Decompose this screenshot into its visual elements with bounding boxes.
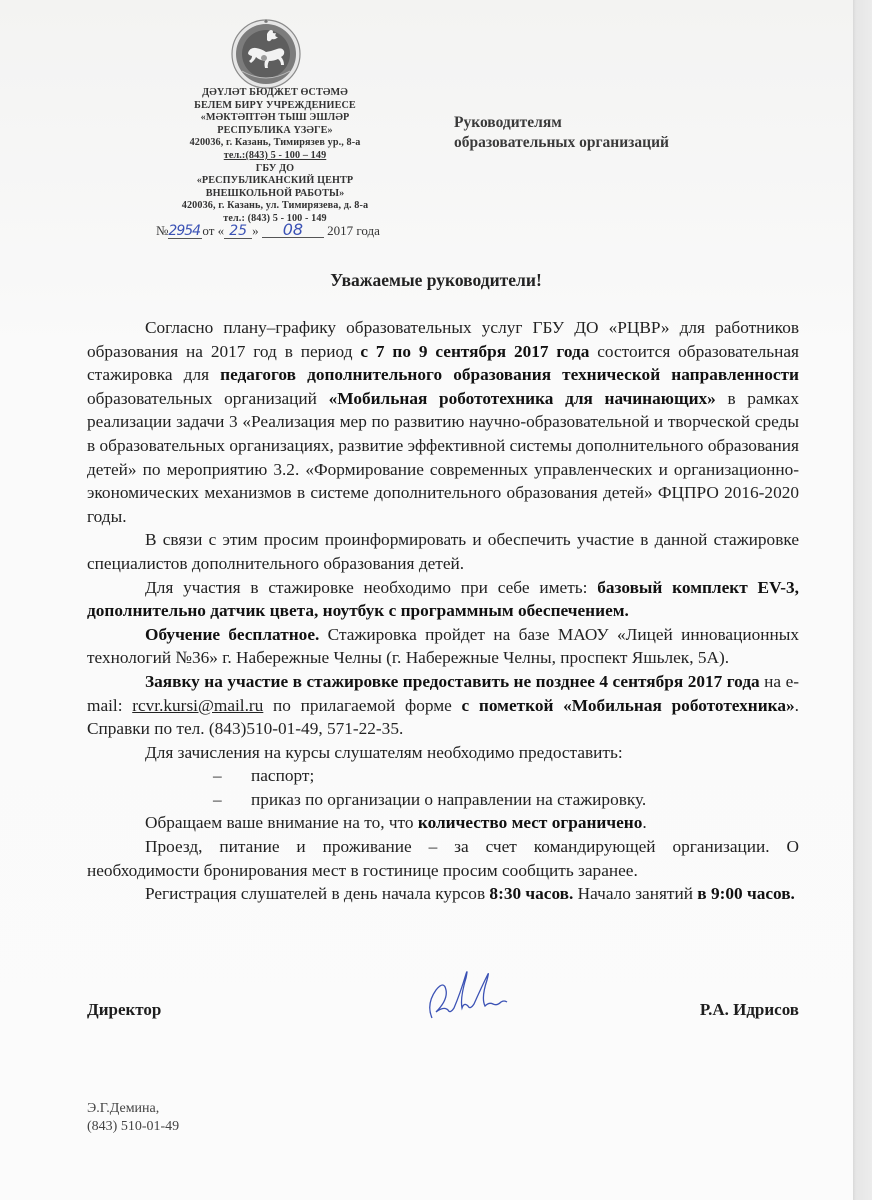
from-label: от « xyxy=(202,223,224,238)
letterhead-russian-line: ВНЕШКОЛЬНОЙ РАБОТЫ» xyxy=(150,188,400,201)
dash: – xyxy=(145,788,193,812)
registration-day: 25 xyxy=(224,224,252,239)
scan-edge xyxy=(853,0,872,1200)
text: Начало занятий xyxy=(573,884,697,903)
year-label: 2017 года xyxy=(327,223,380,238)
letterhead-tatar-address: 420036, г. Казань, Тимирязев ур., 8-а xyxy=(150,137,400,150)
addressee: Руководителям образовательных организаци… xyxy=(454,113,669,153)
limited-seats: количество мест ограничено xyxy=(418,813,643,832)
contact-phone: (843) 510-01-49 xyxy=(87,1118,179,1136)
signature-row: Директор Р.А. Идрисов xyxy=(87,1000,799,1030)
number-prefix: № xyxy=(156,223,168,238)
list-item: –приказ по организации о направлении на … xyxy=(87,788,799,812)
text: Регистрация слушателей в день начала кур… xyxy=(145,884,489,903)
contact-person: Э.Г.Демина, (843) 510-01-49 xyxy=(87,1100,179,1136)
letterhead-russian-line: «РЕСПУБЛИКАНСКИЙ ЦЕНТР xyxy=(150,175,400,188)
application-subject: с пометкой «Мобильная робототехника» xyxy=(462,696,795,715)
letterhead-russian-address: 420036, г. Казань, ул. Тимирязева, д. 8-… xyxy=(150,200,400,213)
course-title: «Мобильная робототехника для начинающих» xyxy=(329,389,716,408)
letterhead-tatar-line: РЕСПУБЛИКА ҮЗӘГЕ» xyxy=(150,125,400,138)
text: . xyxy=(642,813,646,832)
paragraph-limited-seats: Обращаем ваше внимание на то, что количе… xyxy=(87,811,799,835)
start-time: в 9:00 часов. xyxy=(697,884,795,903)
signatory-name: Р.А. Идрисов xyxy=(700,1000,799,1020)
paragraph-registration: Регистрация слушателей в день начала кур… xyxy=(87,882,799,906)
addressee-line-2: образовательных организаций xyxy=(454,133,669,153)
addressee-line-1: Руководителям xyxy=(454,113,669,133)
list-item-text: приказ по организации о направлении на с… xyxy=(193,788,646,812)
paragraph-application: Заявку на участие в стажировке предостав… xyxy=(87,670,799,741)
registration-number: 2954 xyxy=(168,224,202,239)
application-deadline: Заявку на участие в стажировке предостав… xyxy=(145,672,760,691)
target-audience: педагогов дополнительного образования те… xyxy=(220,365,799,384)
letterhead-russian-line: ГБУ ДО xyxy=(150,163,400,176)
day-close: » xyxy=(252,223,259,238)
paragraph-course-announcement: Согласно плану–графику образовательных у… xyxy=(87,316,799,528)
registration-time: 8:30 часов. xyxy=(489,884,573,903)
paragraph-venue: Обучение бесплатное. Стажировка пройдет … xyxy=(87,623,799,670)
text: образовательных организаций xyxy=(87,389,329,408)
text: в рамках реализации задачи 3 «Реализация… xyxy=(87,389,799,526)
free-training: Обучение бесплатное. xyxy=(145,625,319,644)
letterhead-tatar-line: «МӘКТӘПТӘН ТЫШ ЭШЛӘР xyxy=(150,112,400,125)
letterhead-tatar-phone: тел.:(843) 5 - 100 – 149 xyxy=(150,150,400,163)
text: Обращаем ваше внимание на то, что xyxy=(145,813,418,832)
signatory-title: Директор xyxy=(87,1000,161,1020)
contact-name: Э.Г.Демина, xyxy=(87,1100,179,1118)
paragraph-request: В связи с этим просим проинформировать и… xyxy=(87,528,799,575)
salutation: Уважаемые руководители! xyxy=(0,270,872,291)
text: Для участия в стажировке необходимо при … xyxy=(145,578,597,597)
list-item: –паспорт; xyxy=(87,764,799,788)
text: по прилагаемой форме xyxy=(263,696,461,715)
dash: – xyxy=(145,764,193,788)
paragraph-expenses: Проезд, питание и проживание – за счет к… xyxy=(87,835,799,882)
letterhead: ДӘҮЛӘТ БЮДЖЕТ ӨСТӘМӘ БЕЛЕМ БИРҮ УЧРЕЖДЕН… xyxy=(150,87,400,226)
letterhead-tatar-line: ДӘҮЛӘТ БЮДЖЕТ ӨСТӘМӘ xyxy=(150,87,400,100)
registration-month: 08 xyxy=(262,223,324,238)
letterhead-tatar-line: БЕЛЕМ БИРҮ УЧРЕЖДЕНИЕСЕ xyxy=(150,100,400,113)
paragraph-equipment: Для участия в стажировке необходимо при … xyxy=(87,576,799,623)
email-link[interactable]: rcvr.kursi@mail.ru xyxy=(132,696,263,715)
registration-line: №2954от «25» 08 2017 года xyxy=(156,223,380,239)
paragraph-enrollment: Для зачисления на курсы слушателям необх… xyxy=(87,741,799,765)
letter-body: Согласно плану–графику образовательных у… xyxy=(87,316,799,906)
course-dates: с 7 по 9 сентября 2017 года xyxy=(360,342,589,361)
list-item-text: паспорт; xyxy=(193,764,314,788)
tatarstan-coat-of-arms-icon xyxy=(228,17,304,89)
